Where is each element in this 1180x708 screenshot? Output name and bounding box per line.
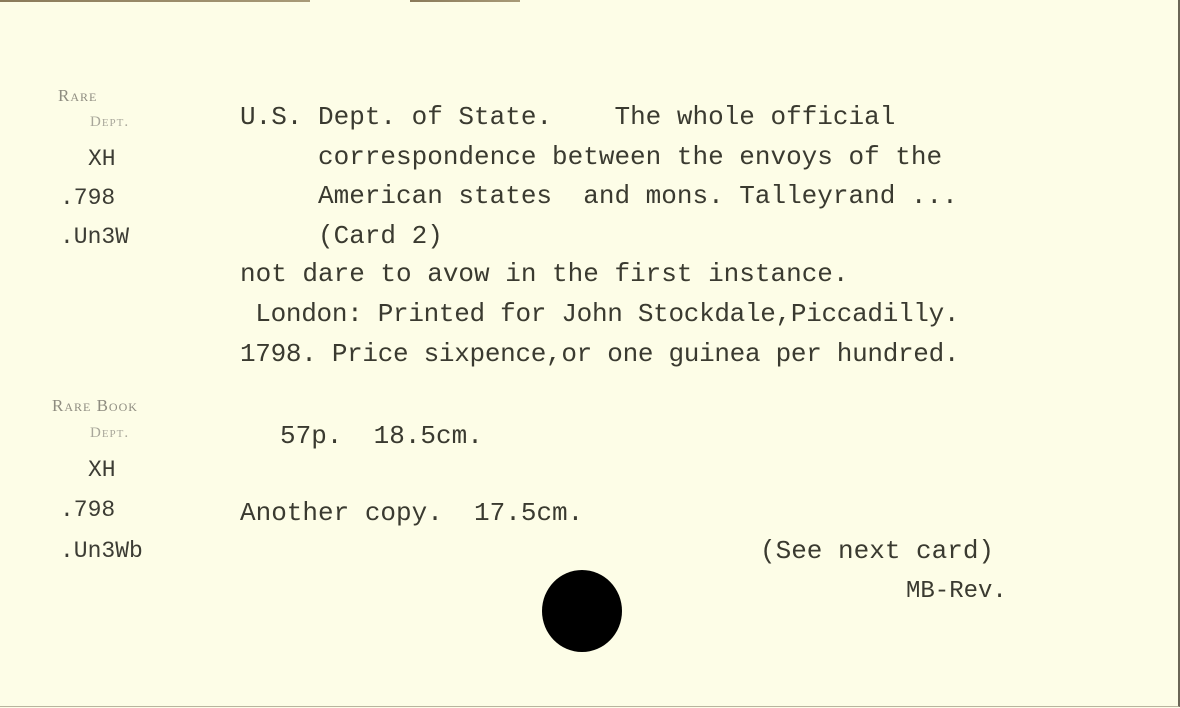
see-next-card: (See next card) (760, 538, 994, 564)
dept-stamp: Dept. (90, 425, 129, 442)
revision-note: MB-Rev. (906, 580, 1007, 604)
title-line: correspondence between the envoys of the (318, 144, 942, 170)
call-number-line: .Un3Wb (60, 540, 143, 563)
call-number-line: XH (88, 459, 116, 482)
body-line: not dare to avow in the first instance. (240, 261, 849, 287)
call-number-line: .798 (60, 499, 115, 522)
location-stamp: Rare (58, 86, 97, 106)
dept-stamp: Dept. (90, 114, 129, 131)
title-line: American states and mons. Talleyrand ... (318, 183, 958, 209)
heading: U.S. Dept. of State. The whole official (240, 104, 895, 130)
card-top-edge (410, 0, 520, 2)
punch-hole (542, 570, 622, 652)
title-line: (Card 2) (318, 223, 443, 249)
another-copy-note: Another copy. 17.5cm. (240, 500, 583, 526)
catalog-card: Rare Dept. XH .798 .Un3W Rare Book Dept.… (0, 0, 1180, 707)
call-number-line: .798 (60, 187, 115, 210)
card-top-edge (0, 0, 310, 2)
body-line: 1798. Price sixpence,or one guinea per h… (240, 341, 959, 367)
call-number-line: .Un3W (60, 226, 129, 249)
call-number-line: XH (88, 148, 116, 171)
location-stamp: Rare Book (52, 396, 138, 416)
body-line: London: Printed for John Stockdale,Picca… (240, 301, 959, 327)
collation: 57p. 18.5cm. (280, 423, 483, 449)
